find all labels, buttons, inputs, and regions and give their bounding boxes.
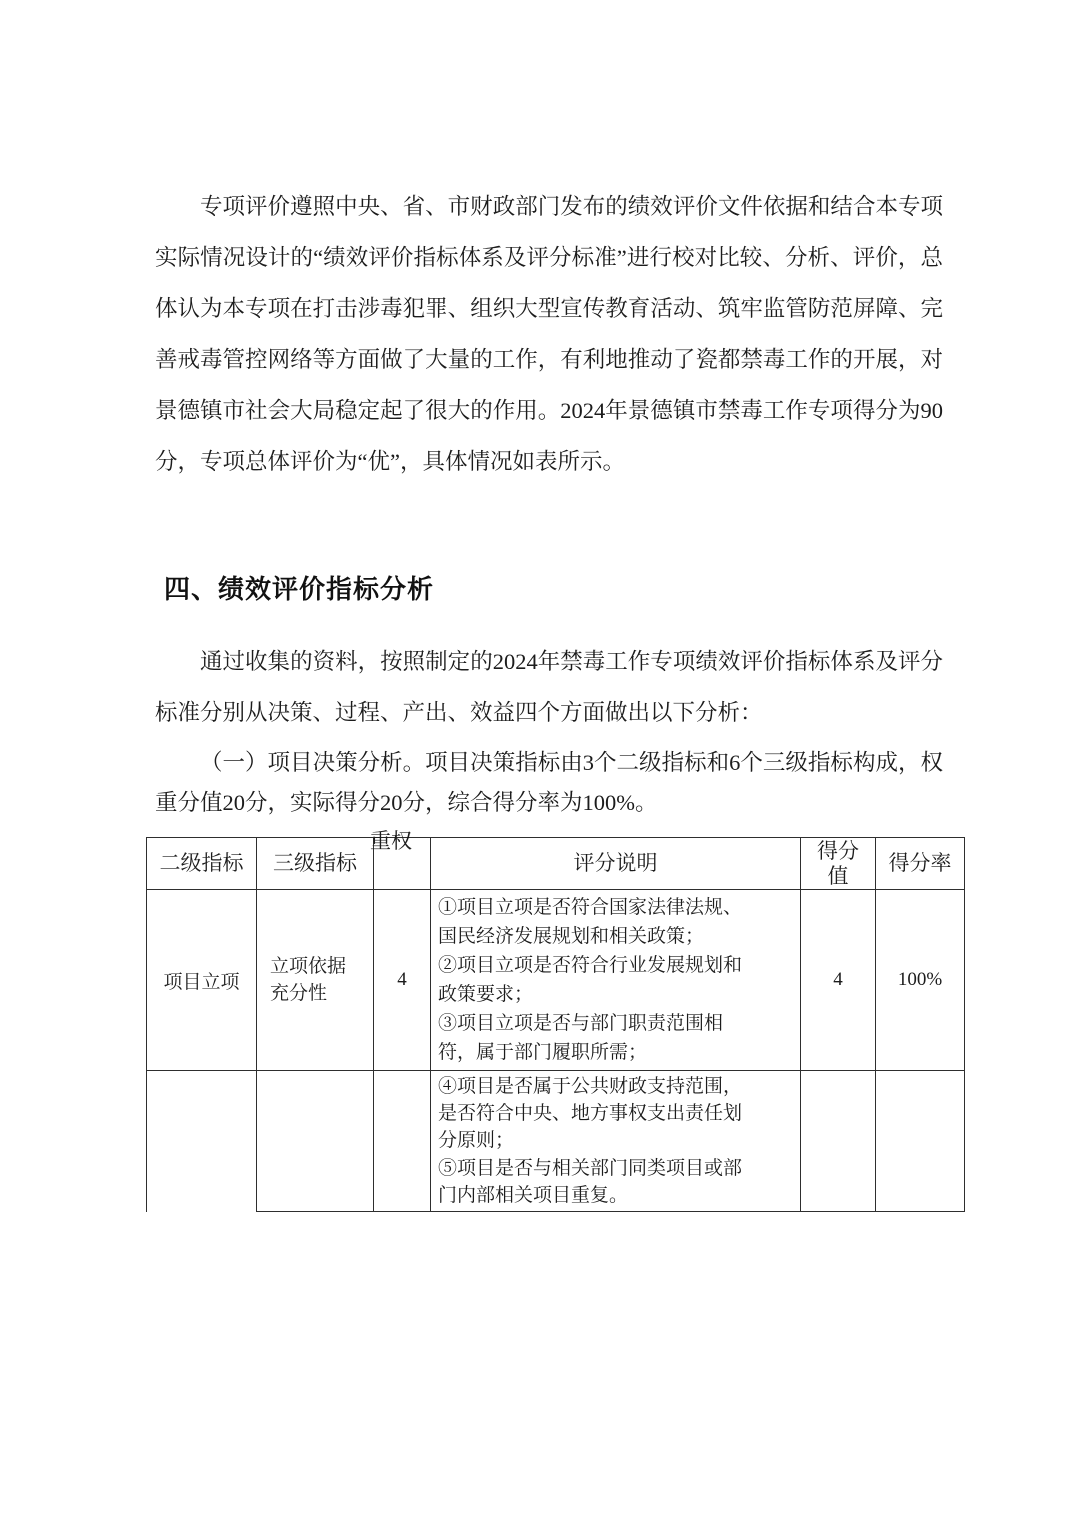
intro-paragraph: 专项评价遵照中央、省、市财政部门发布的绩效评价文件依据和结合本专项实际情况设计的…	[155, 181, 943, 487]
indicator-table: 二级指标 三级指标 重权 评分说明 得分值 得分率 项目立项 立项依据 充分性 …	[146, 837, 965, 1212]
cell-level2-indicator	[147, 1071, 257, 1212]
header-level3-indicator: 三级指标	[257, 838, 374, 890]
header-weight-label: 重权	[370, 829, 412, 853]
table-row-continued: ④项目是否属于公共财政支持范围，是否符合中央、地方事权支出责任划分原则； ⑤项目…	[147, 1071, 965, 1212]
table-header-row: 二级指标 三级指标 重权 评分说明 得分值 得分率	[147, 838, 965, 890]
decision-analysis-paragraph: （一）项目决策分析。项目决策指标由3个二级指标和6个三级指标构成，权重分值20分…	[155, 743, 943, 823]
cell-level3-indicator	[257, 1071, 374, 1212]
table-row-project-initiation: 项目立项 立项依据 充分性 4 ①项目立项是否符合国家法律法规、国民经济发展规划…	[147, 890, 965, 1071]
cell-scoring-description: ④项目是否属于公共财政支持范围，是否符合中央、地方事权支出责任划分原则； ⑤项目…	[431, 1071, 801, 1212]
cell-weight: 4	[374, 890, 431, 1071]
header-level2-indicator: 二级指标	[147, 838, 257, 890]
cell-score-rate	[876, 1071, 965, 1212]
header-score-rate: 得分率	[876, 838, 965, 890]
cell-scoring-description: ①项目立项是否符合国家法律法规、国民经济发展规划和相关政策； ②项目立项是否符合…	[431, 890, 801, 1071]
cell-level2-indicator: 项目立项	[147, 890, 257, 1071]
cell-level3-indicator: 立项依据 充分性	[257, 890, 374, 1071]
header-weight: 重权	[374, 838, 431, 890]
cell-score-value	[801, 1071, 876, 1212]
cell-score-rate: 100%	[876, 890, 965, 1071]
cell-score-value: 4	[801, 890, 876, 1071]
header-score-value: 得分值	[801, 838, 876, 890]
header-scoring-description: 评分说明	[431, 838, 801, 890]
cell-weight	[374, 1071, 431, 1212]
overview-paragraph: 通过收集的资料，按照制定的2024年禁毒工作专项绩效评价指标体系及评分标准分别从…	[155, 636, 943, 738]
section-heading: 四、绩效评价指标分析	[164, 569, 434, 606]
